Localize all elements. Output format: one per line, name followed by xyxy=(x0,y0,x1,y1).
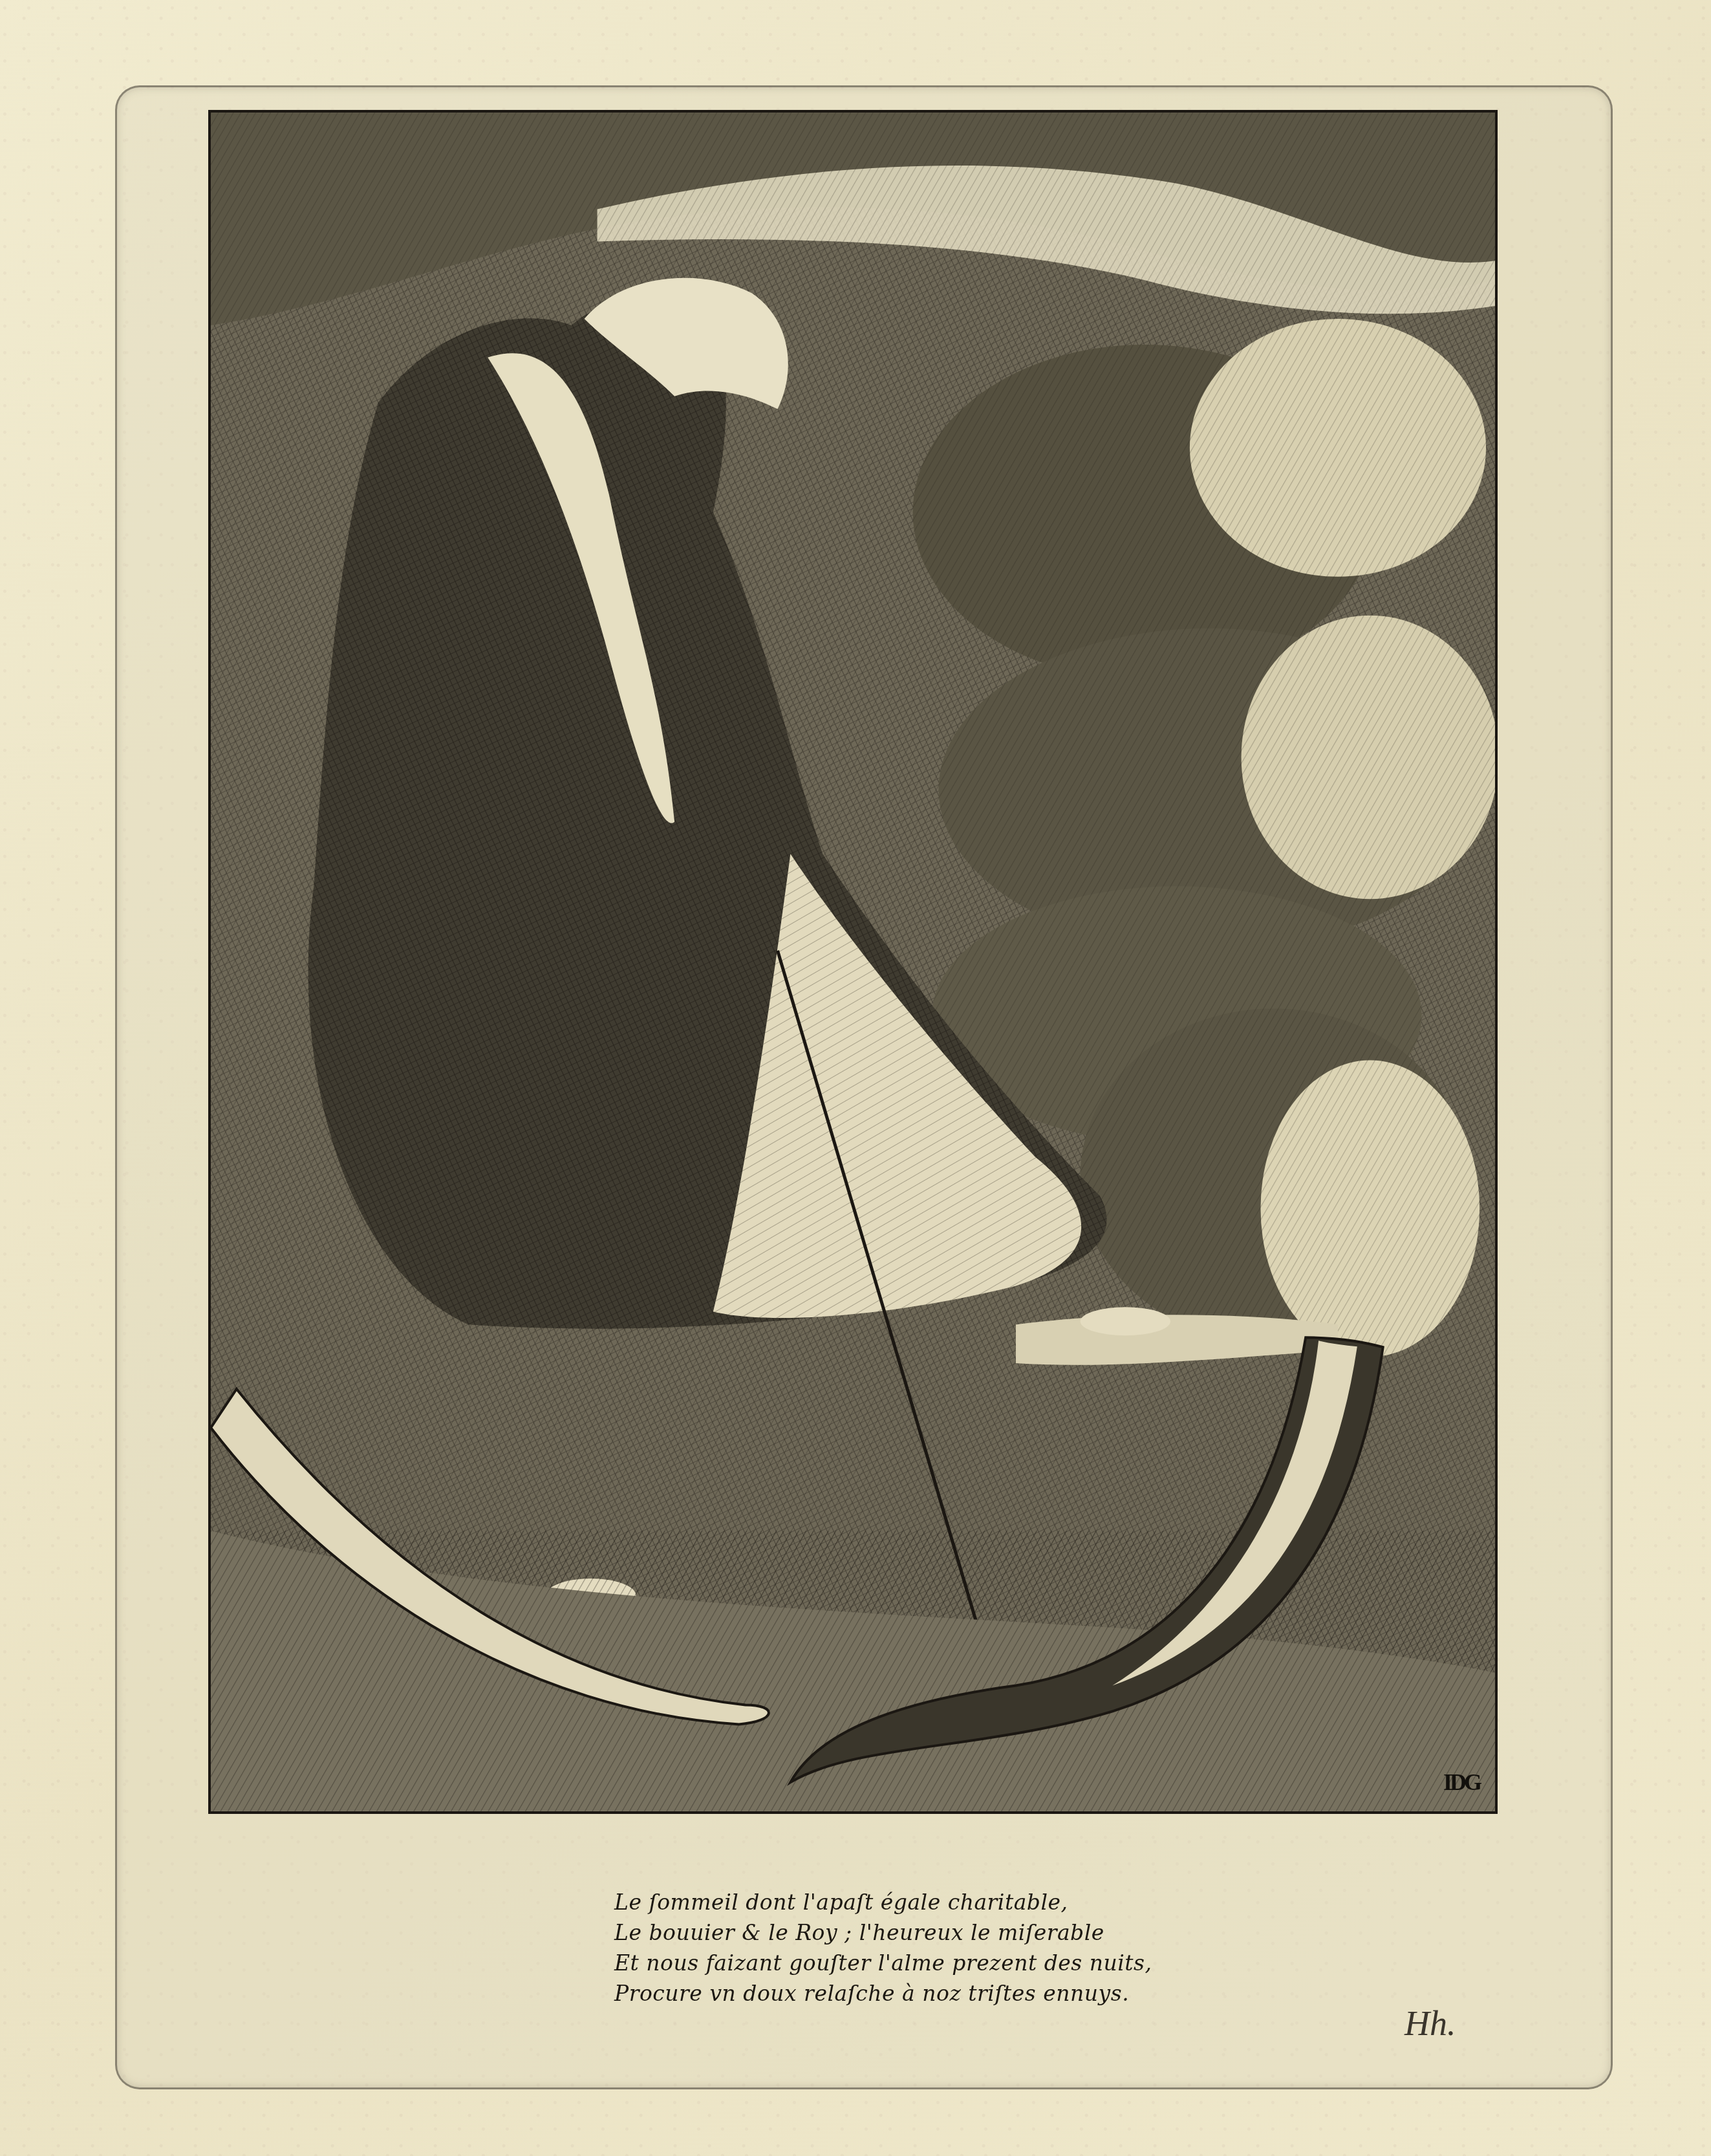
engraved-image xyxy=(208,110,1498,1814)
caption-line: Le ſommeil dont l'apaſt égale charitable… xyxy=(614,1887,1196,1917)
verse-caption: Le ſommeil dont l'apaſt égale charitable… xyxy=(614,1887,1196,2009)
plate-letter: Hh. xyxy=(1404,2003,1456,2043)
engraving-scene xyxy=(211,113,1495,1811)
caption-line: Et nous faizant gouſter l'alme prezent d… xyxy=(614,1948,1196,1978)
caption-line: Procure vn doux relaſche à noz triſtes e… xyxy=(614,1978,1196,2009)
artist-monogram: IDG xyxy=(1443,1769,1480,1796)
caption-line: Le bouuier & le Roy ; l'heureux le miſer… xyxy=(614,1917,1196,1948)
